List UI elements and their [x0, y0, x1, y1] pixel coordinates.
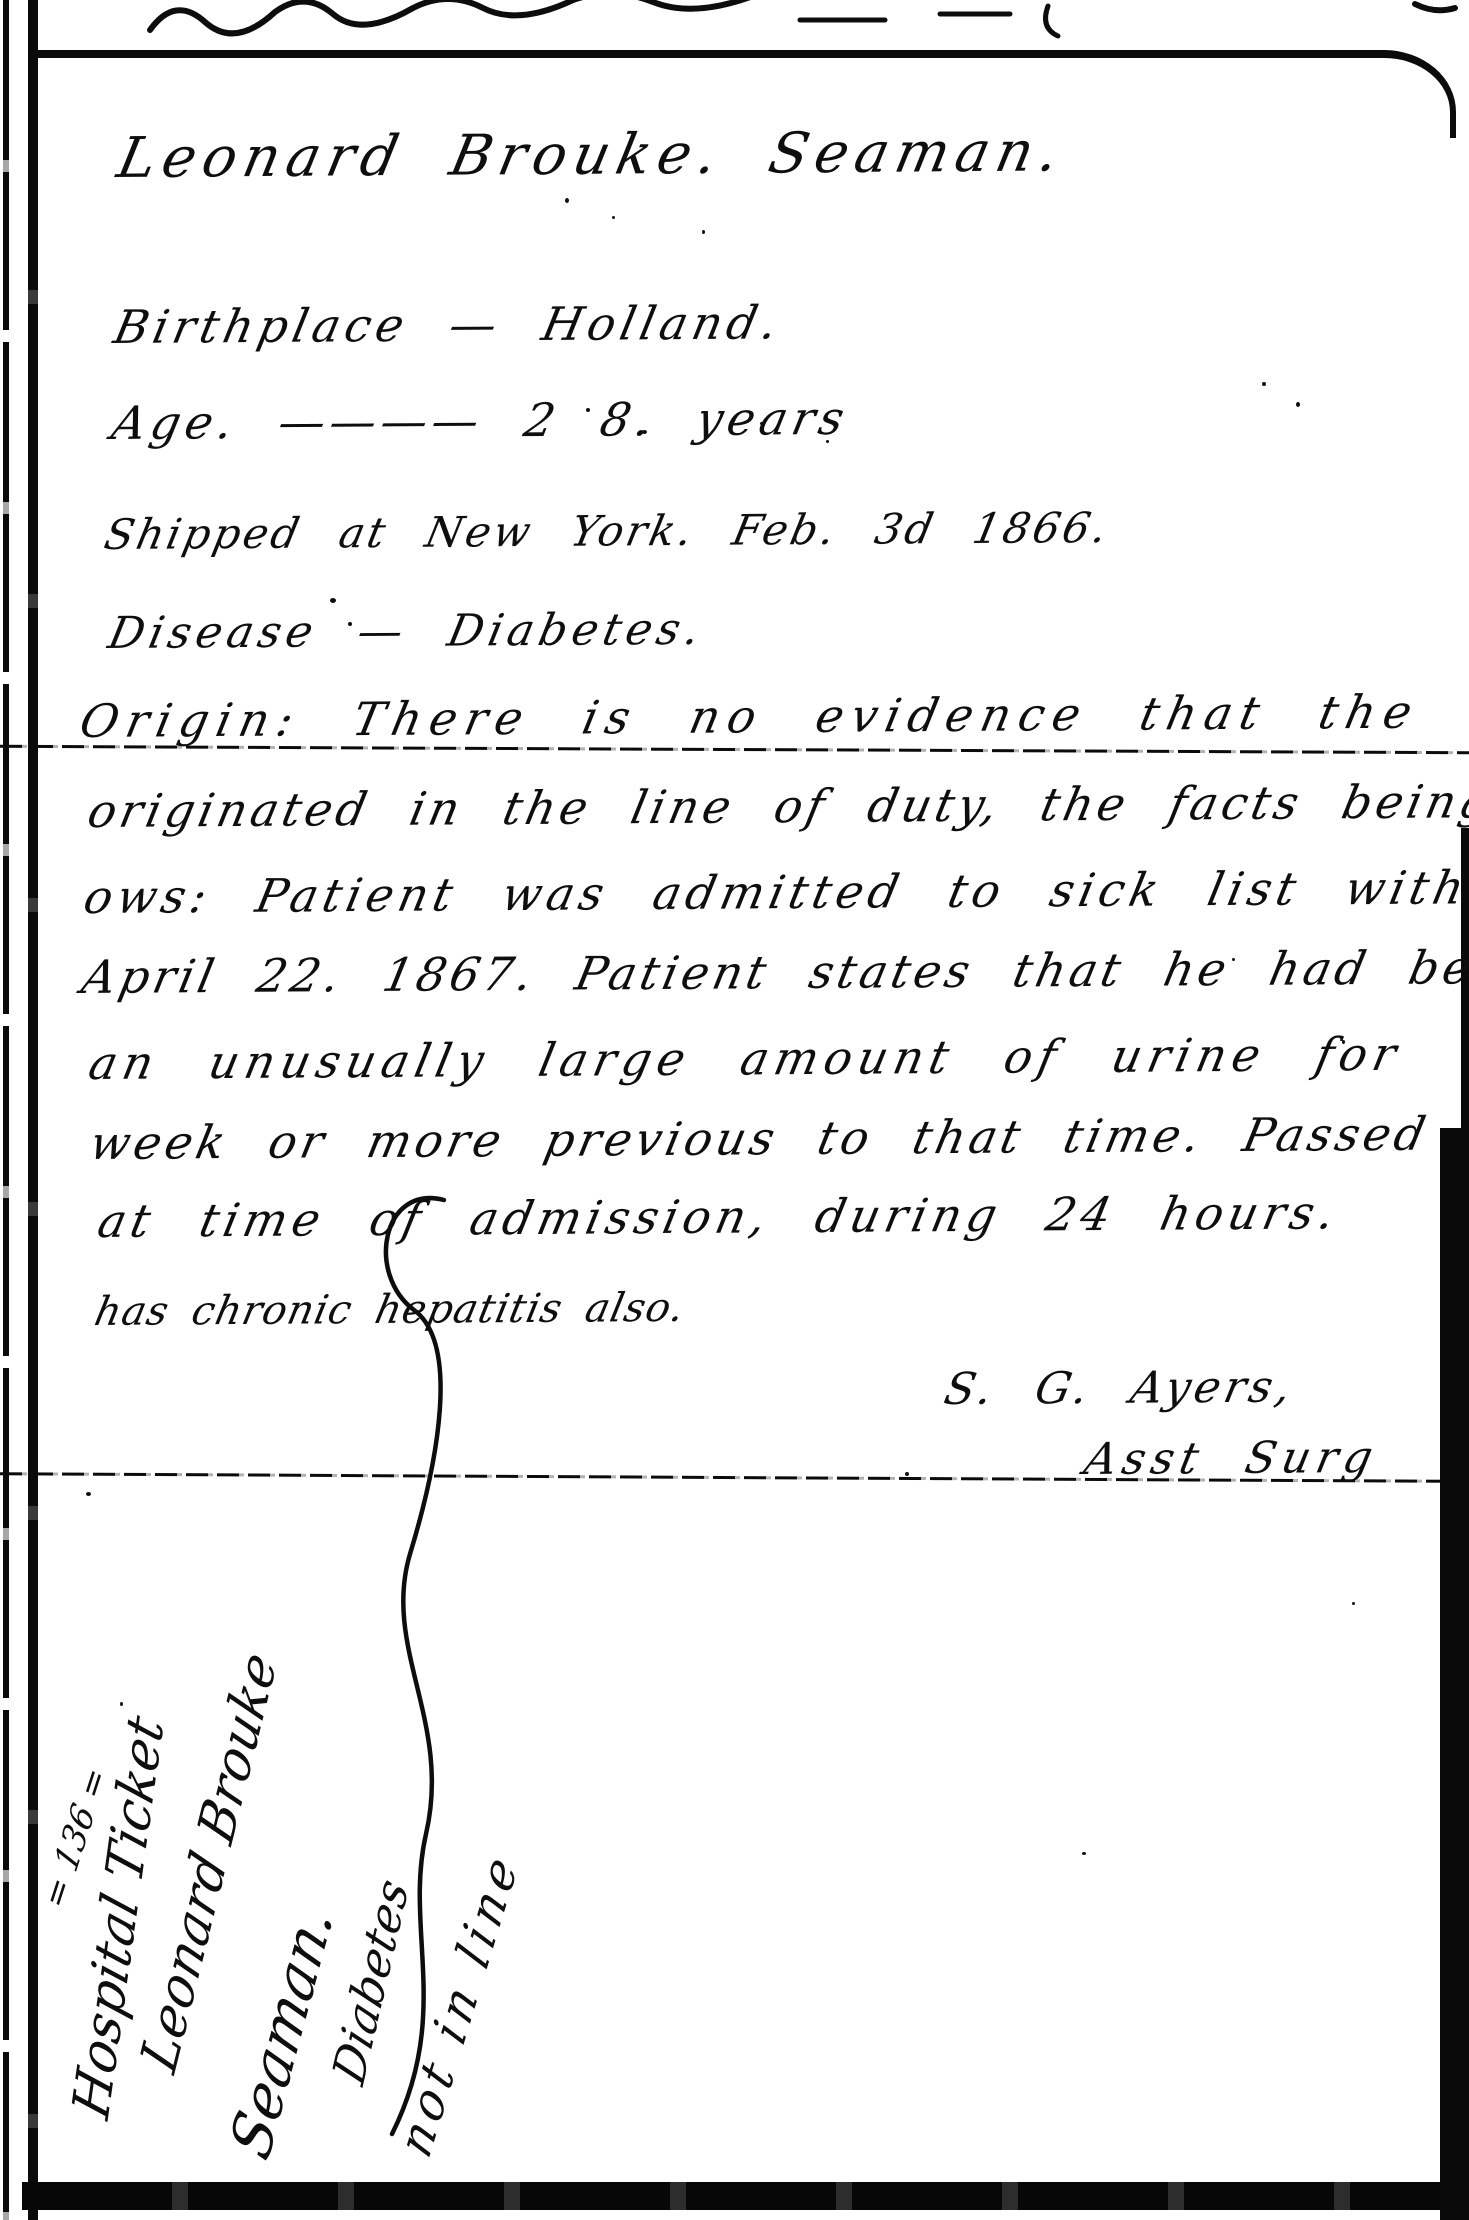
ink-speckle	[86, 1492, 91, 1496]
ink-speckle	[1232, 958, 1235, 961]
ink-speckle	[1342, 1040, 1345, 1044]
origin-line: Origin: There is no evidence that the di…	[76, 685, 1469, 747]
ink-speckle	[348, 622, 352, 626]
ink-speckle	[330, 598, 336, 603]
ink-speckle	[1352, 1602, 1355, 1605]
ink-speckle	[565, 198, 569, 203]
ink-speckle	[826, 440, 829, 443]
docket-rating: Seaman.	[222, 1897, 341, 2167]
origin-cont-line-1: originated in the line of duty, the fact…	[84, 775, 1469, 837]
ink-speckle	[1262, 382, 1266, 386]
bottom-edge-band	[22, 2182, 1469, 2210]
ink-speckle	[1296, 402, 1300, 407]
origin-cont-line-3: April 22. 1867. Patient states that he h…	[78, 941, 1469, 1002]
birthplace-line: Birthplace — Holland.	[110, 297, 787, 352]
cutoff-handwriting-fragment	[0, 0, 1469, 48]
disease-line: Disease — Diabetes.	[104, 606, 709, 659]
ink-speckle	[702, 230, 705, 234]
ink-speckle	[905, 1472, 909, 1476]
scanned-document-page: Leonard Brouke. Seaman. Birthplace — Hol…	[0, 0, 1469, 2220]
patient-name-line: Leonard Brouke. Seaman.	[112, 121, 1071, 189]
ink-speckle	[612, 216, 615, 219]
ink-speckle	[120, 1702, 123, 1706]
ink-speckle	[760, 422, 763, 425]
origin-cont-line-5: week or more previous to that time. Pass…	[86, 1107, 1469, 1168]
left-binding-outer-line	[3, 0, 9, 2220]
ink-speckle	[1082, 1852, 1086, 1855]
docket-flourish	[352, 1182, 482, 2147]
shipped-line: Shipped at New York. Feb. 3d 1866.	[101, 505, 1114, 558]
origin-cont-line-2: ows: Patient was admitted to sick list w…	[80, 861, 1469, 922]
signature-title: Asst Surg	[1080, 1434, 1383, 1484]
signature-name: S. G. Ayers,	[940, 1364, 1299, 1415]
ink-speckle	[642, 430, 647, 434]
origin-cont-line-6: at time of admission, during 24 hours.	[94, 1187, 1344, 1246]
ink-speckle	[586, 408, 590, 412]
right-edge-bar	[1440, 1128, 1469, 2220]
left-binding-inner-line	[28, 0, 38, 2220]
age-line: Age. ———— 2 8. years	[108, 393, 854, 449]
origin-cont-line-4: an unusually large amount of urine for	[85, 1029, 1407, 1089]
